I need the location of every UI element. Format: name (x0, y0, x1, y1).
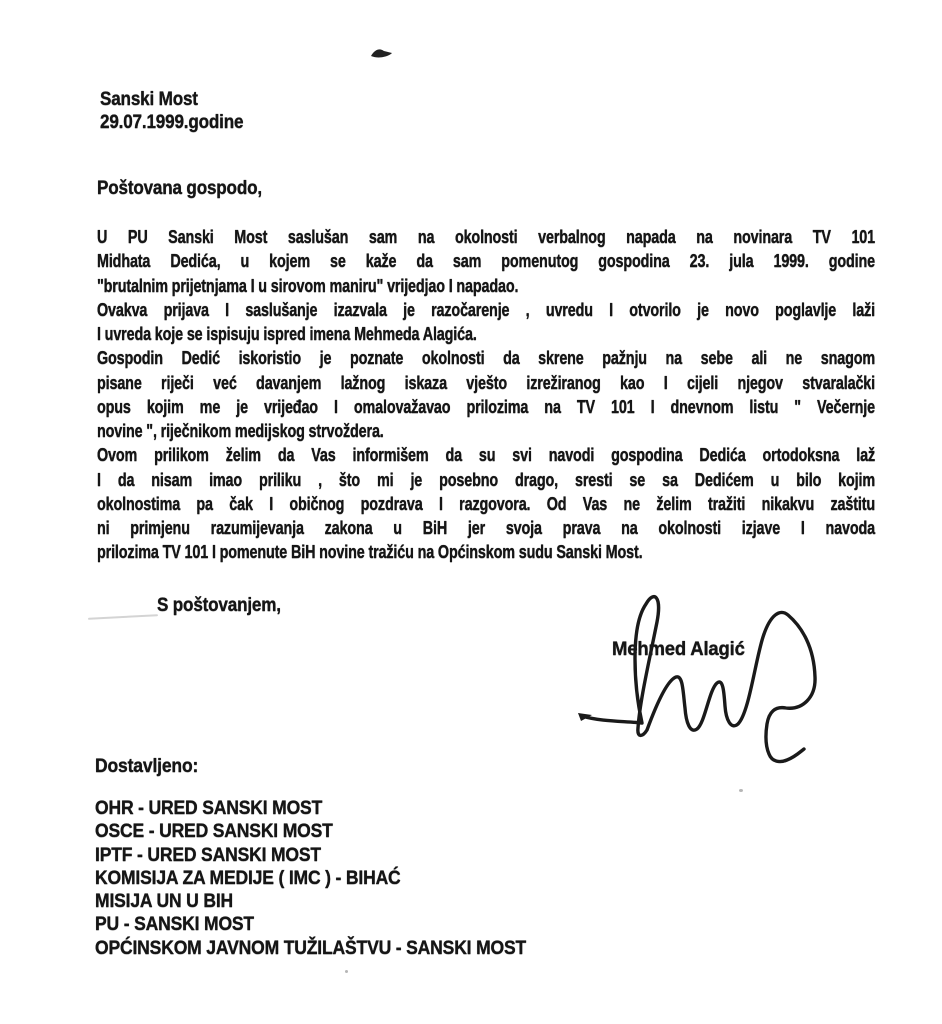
letterhead: Sanski Most 29.07.1999.godine (100, 88, 243, 134)
letter-body: U PU Sanski Most saslušan sam na okolnos… (97, 225, 875, 565)
body-line: Midhata Dedića, u kojem se kaže da sam p… (97, 249, 875, 273)
body-line: opus kojim me je vrijeđao I omalovažavao… (97, 395, 875, 419)
recipient-item: IPTF - URED SANSKI MOST (95, 844, 526, 867)
body-line: U PU Sanski Most saslušan sam na okolnos… (97, 225, 875, 249)
scan-speck (739, 789, 743, 792)
body-line: ni primjenu razumijevanja zakona u BiH j… (97, 516, 875, 540)
letterhead-date: 29.07.1999.godine (100, 111, 243, 134)
body-line: okolnostima pa čak I običnog pozdrava I … (97, 492, 875, 516)
body-line: prilozima TV 101 I pomenute BiH novine t… (97, 540, 875, 564)
distribution-list: OHR - URED SANSKI MOSTOSCE - URED SANSKI… (95, 797, 526, 960)
body-line: "brutalnim prijetnjama I u sirovom manir… (97, 274, 875, 298)
body-line: Ovom prilikom želim da Vas informišem da… (97, 443, 875, 467)
recipient-item: PU - SANSKI MOST (95, 913, 526, 936)
recipient-item: OHR - URED SANSKI MOST (95, 797, 526, 820)
body-line: I uvreda koje se ispisuju ispred imena M… (97, 322, 875, 346)
recipient-item: KOMISIJA ZA MEDIJE ( IMC ) - BIHAĆ (95, 867, 526, 890)
recipient-item: OSCE - URED SANSKI MOST (95, 820, 526, 843)
scan-speck (345, 970, 348, 973)
recipient-item: OPĆINSKOM JAVNOM TUŽILAŠTVU - SANSKI MOS… (95, 937, 526, 960)
body-line: Gospodin Dedić iskoristio je poznate oko… (97, 346, 875, 370)
body-line: Ovakva prijava I saslušanje izazvala je … (97, 298, 875, 322)
signature-scrawl (572, 582, 832, 782)
distribution-heading: Dostavljeno: (95, 755, 198, 778)
closing: S poštovanjem, (157, 595, 281, 617)
body-line: novine ", riječnikom medijskog strvožder… (97, 419, 875, 443)
scan-smudge (88, 614, 158, 620)
scanned-letter-page: Sanski Most 29.07.1999.godine Poštovana … (0, 0, 942, 1024)
salutation: Poštovana gospodo, (97, 178, 262, 200)
scan-tick-mark (371, 47, 395, 60)
body-line: I da nisam imao priliku , što mi je pose… (97, 468, 875, 492)
body-line: pisane riječi već davanjem lažnog iskaza… (97, 371, 875, 395)
recipient-item: MISIJA UN U BIH (95, 890, 526, 913)
letterhead-place: Sanski Most (100, 88, 243, 111)
